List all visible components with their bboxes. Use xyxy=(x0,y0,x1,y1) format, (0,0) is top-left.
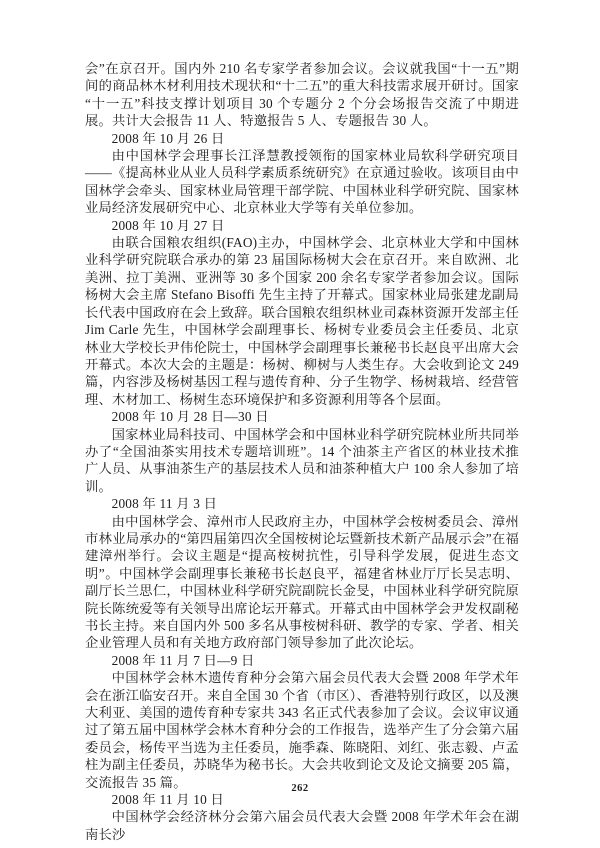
body-paragraph: 国家林业局科技司、中国林学会和中国林业科学研究院林业所共同举办了“全国油茶实用技… xyxy=(85,426,519,496)
body-paragraph: 中国林学会林木遗传育种分会第六届会员代表大会暨 2008 年学术年会在浙江临安召… xyxy=(85,669,519,791)
body-paragraph: 会”在京召开。国内外 210 名专家学者参加会议。会议就我国“十一五”期间的商品… xyxy=(85,60,519,130)
body-paragraph: 由中国林学会、漳州市人民政府主办，中国林学会桉树委员会、漳州市林业局承办的“第四… xyxy=(85,513,519,652)
date-heading: 2008 年 11 月 3 日 xyxy=(85,495,519,512)
date-heading: 2008 年 10 月 27 日 xyxy=(85,217,519,234)
date-heading: 2008 年 10 月 26 日 xyxy=(85,130,519,147)
date-heading: 2008 年 11 月 7 日—9 日 xyxy=(85,652,519,669)
page-body: 会”在京召开。国内外 210 名专家学者参加会议。会议就我国“十一五”期间的商品… xyxy=(85,60,519,843)
date-heading: 2008 年 10 月 28 日—30 日 xyxy=(85,408,519,425)
document-page: 会”在京召开。国内外 210 名专家学者参加会议。会议就我国“十一五”期间的商品… xyxy=(0,0,600,848)
body-paragraph: 中国林学会经济林分会第六届会员代表大会暨 2008 年学术年会在湖南长沙 xyxy=(85,808,519,843)
body-paragraph: 由联合国粮农组织(FAO)主办，中国林学会、北京林业大学和中国林业科学研究院联合… xyxy=(85,234,519,408)
body-paragraph: 由中国林学会理事长江泽慧教授领衔的国家林业局软科学研究项目——《提高林业从业人员… xyxy=(85,147,519,217)
page-number: 262 xyxy=(0,783,600,794)
